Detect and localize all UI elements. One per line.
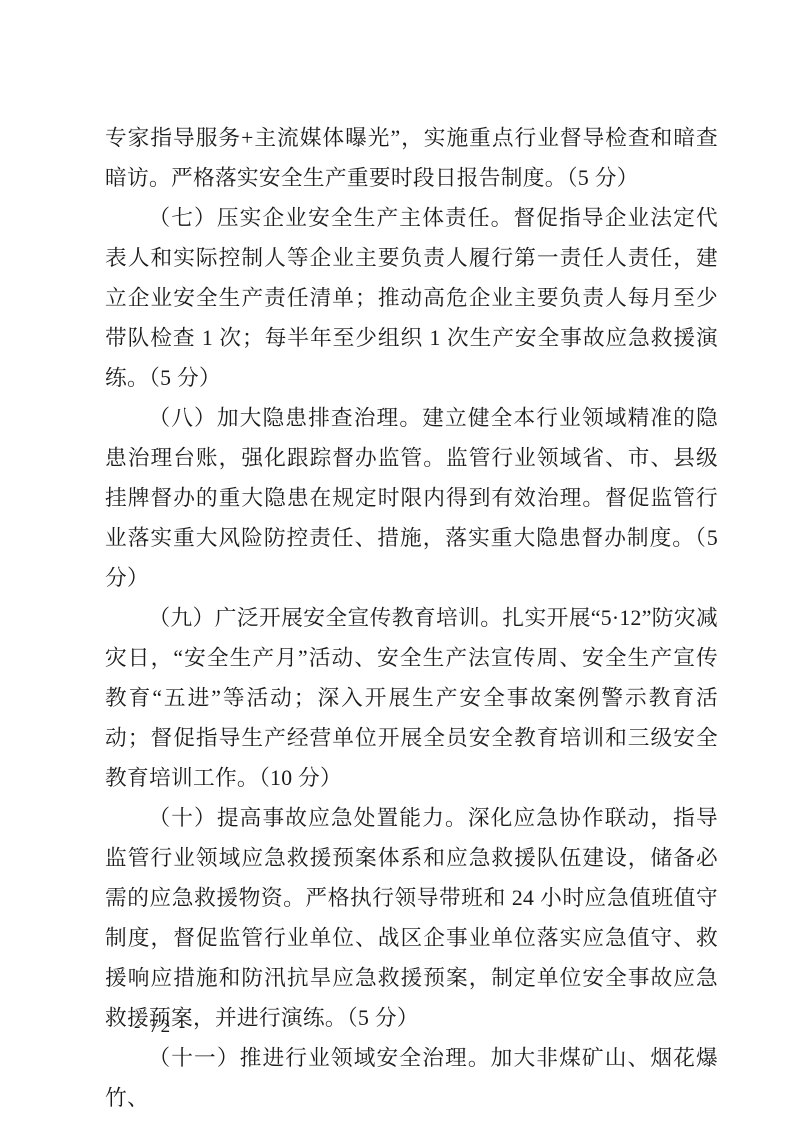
body-paragraph-item-7: （七）压实企业安全生产主体责任。督促指导企业法定代表人和实际控制人等企业主要负责… <box>105 198 718 398</box>
body-paragraph-item-9: （九）广泛开展安全宣传教育培训。扎实开展“5·12”防灾减灾日，“安全生产月”活… <box>105 598 718 798</box>
body-paragraph-continuation: 专家指导服务+主流媒体曝光”，实施重点行业督导检查和暗查暗访。严格落实安全生产重… <box>105 118 718 198</box>
body-paragraph-item-11: （十一）推进行业领域安全治理。加大非煤矿山、烟花爆竹、 <box>105 1038 718 1118</box>
page-number: - 72 - <box>134 1013 187 1041</box>
document-page: 专家指导服务+主流媒体曝光”，实施重点行业督导检查和暗查暗访。严格落实安全生产重… <box>0 0 793 1122</box>
body-paragraph-item-8: （八）加大隐患排查治理。建立健全本行业领域精准的隐患治理台账，强化跟踪督办监管。… <box>105 398 718 598</box>
body-paragraph-item-10: （十）提高事故应急处置能力。深化应急协作联动，指导监管行业领域应急救援预案体系和… <box>105 798 718 1038</box>
document-body: 专家指导服务+主流媒体曝光”，实施重点行业督导检查和暗查暗访。严格落实安全生产重… <box>105 118 718 1118</box>
